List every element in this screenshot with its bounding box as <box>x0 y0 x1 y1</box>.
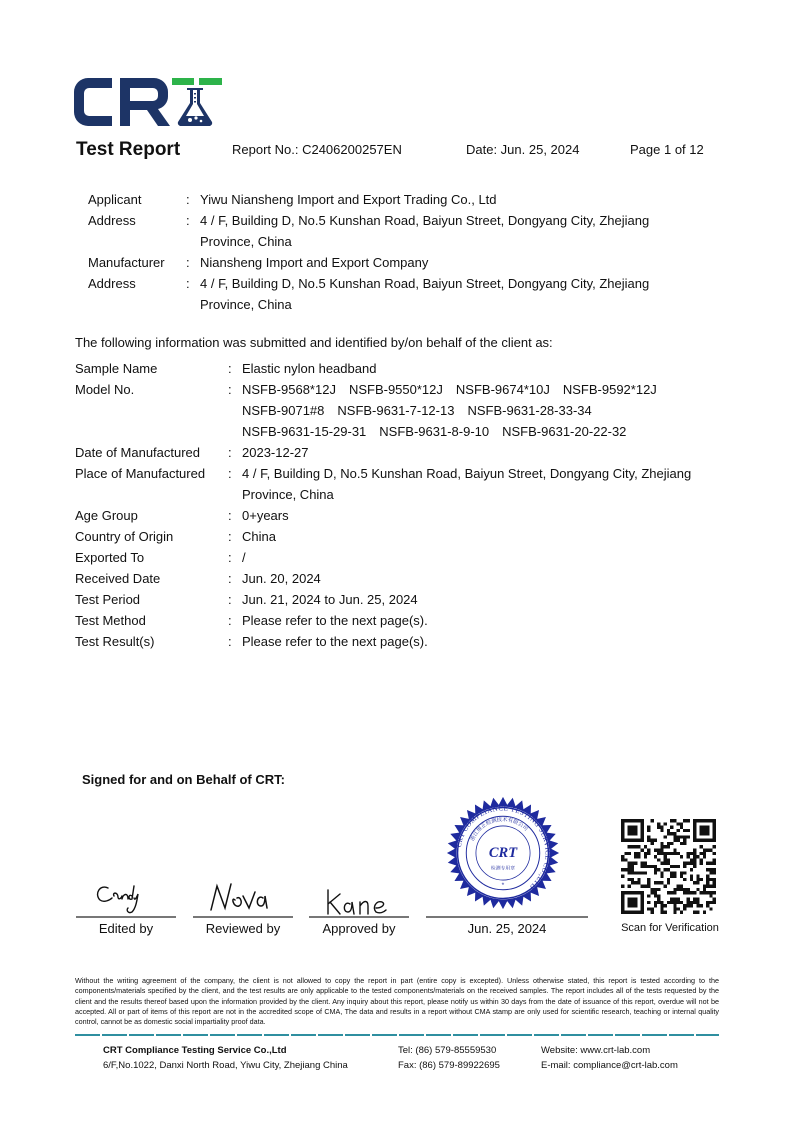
field-value: Elastic nylon headband <box>242 358 722 379</box>
report-number: Report No.: C2406200257EN <box>232 142 402 157</box>
signed-heading: Signed for and on Behalf of CRT: <box>82 772 285 787</box>
model-number: NSFB-9592*12J <box>563 379 657 400</box>
footer-company: CRT Compliance Testing Service Co.,Ltd 6… <box>103 1043 348 1073</box>
colon: : <box>186 252 200 273</box>
svg-text:检测专用章: 检测专用章 <box>491 864 515 871</box>
colon: : <box>228 526 242 547</box>
applicant-row: Applicant : Yiwu Niansheng Import and Ex… <box>88 189 680 210</box>
edited-by-line <box>76 916 176 918</box>
approved-by-label: Approved by <box>309 921 409 936</box>
company-name: CRT Compliance Testing Service Co.,Ltd <box>103 1043 348 1058</box>
intro-text: The following information was submitted … <box>75 335 553 350</box>
sample-field-row: Place of Manufactured:4 / F, Building D,… <box>75 463 722 505</box>
colon: : <box>228 379 242 442</box>
field-value: Niansheng Import and Export Company <box>200 252 680 273</box>
manufacturer-row: Manufacturer : Niansheng Import and Expo… <box>88 252 680 273</box>
model-number: NSFB-9071#8 <box>242 400 324 421</box>
report-header: Test Report Report No.: C2406200257EN Da… <box>76 139 716 161</box>
field-label: Test Method <box>75 610 228 631</box>
footer-contact: Tel: (86) 579-85559530 Fax: (86) 579-899… <box>398 1043 500 1073</box>
sample-field-row: Received Date:Jun. 20, 2024 <box>75 568 722 589</box>
sample-field-row: Test Result(s):Please refer to the next … <box>75 631 722 652</box>
field-value: Please refer to the next page(s). <box>242 610 722 631</box>
model-no-row: Model No. : NSFB-9568*12JNSFB-9550*12JNS… <box>75 379 722 442</box>
sample-field-row: Date of Manufactured:2023-12-27 <box>75 442 722 463</box>
applicant-address-row: Address : 4 / F, Building D, No.5 Kunsha… <box>88 210 680 252</box>
field-label: Place of Manufactured <box>75 463 228 505</box>
colon: : <box>228 463 242 505</box>
sample-field-row: Exported To:/ <box>75 547 722 568</box>
sample-field-row: Test Period:Jun. 21, 2024 to Jun. 25, 20… <box>75 589 722 610</box>
reviewed-by-line <box>193 916 293 918</box>
signature-kane <box>320 868 420 918</box>
model-number: NSFB-9631-8-9-10 <box>379 421 489 442</box>
field-label: Address <box>88 210 186 252</box>
field-label: Test Result(s) <box>75 631 228 652</box>
field-value: China <box>242 526 722 547</box>
footer-divider <box>75 1034 719 1036</box>
field-value: / <box>242 547 722 568</box>
colon: : <box>228 358 242 379</box>
colon: : <box>228 631 242 652</box>
colon: : <box>186 189 200 210</box>
model-list: NSFB-9568*12JNSFB-9550*12JNSFB-9674*10JN… <box>242 379 722 442</box>
crt-logo <box>72 76 224 128</box>
signature-candy <box>88 868 188 918</box>
sample-field-row: Age Group:0+years <box>75 505 722 526</box>
field-label: Test Period <box>75 589 228 610</box>
field-value: 4 / F, Building D, No.5 Kunshan Road, Ba… <box>242 463 722 505</box>
field-label: Age Group <box>75 505 228 526</box>
field-label: Date of Manufactured <box>75 442 228 463</box>
field-label: Exported To <box>75 547 228 568</box>
field-label: Address <box>88 273 186 315</box>
field-label: Model No. <box>75 379 228 442</box>
field-label: Applicant <box>88 189 186 210</box>
field-label: Received Date <box>75 568 228 589</box>
email-link[interactable]: E-mail: compliance@crt-lab.com <box>541 1058 678 1073</box>
stamp-date: Jun. 25, 2024 <box>426 921 588 936</box>
company-address: 6/F,No.1022, Danxi North Road, Yiwu City… <box>103 1058 348 1073</box>
field-value: 4 / F, Building D, No.5 Kunshan Road, Ba… <box>200 210 680 252</box>
disclaimer-text: Without the writing agreement of the com… <box>75 976 719 1027</box>
fax: Fax: (86) 579-89922695 <box>398 1058 500 1073</box>
applicant-info: Applicant : Yiwu Niansheng Import and Ex… <box>88 189 680 315</box>
company-seal-stamp: CRT COMPLIANCE TESTING SERVICE CO.,LTD 浙… <box>445 795 561 911</box>
svg-text:*: * <box>502 882 505 889</box>
page-number: Page 1 of 12 <box>630 142 704 157</box>
edited-by-label: Edited by <box>76 921 176 936</box>
model-number: NSFB-9631-7-12-13 <box>337 400 454 421</box>
manufacturer-address-row: Address : 4 / F, Building D, No.5 Kunsha… <box>88 273 680 315</box>
colon: : <box>228 610 242 631</box>
model-number: NSFB-9631-20-22-32 <box>502 421 626 442</box>
field-label: Manufacturer <box>88 252 186 273</box>
field-value: 2023-12-27 <box>242 442 722 463</box>
field-label: Country of Origin <box>75 526 228 547</box>
model-number: NSFB-9550*12J <box>349 379 443 400</box>
sample-name-row: Sample Name : Elastic nylon headband <box>75 358 722 379</box>
sample-field-row: Test Method:Please refer to the next pag… <box>75 610 722 631</box>
footer-web: Website: www.crt-lab.com E-mail: complia… <box>541 1043 678 1073</box>
qr-label: Scan for Verification <box>600 922 740 934</box>
model-number: NSFB-9568*12J <box>242 379 336 400</box>
colon: : <box>186 210 200 252</box>
verification-qr-code[interactable] <box>621 819 716 914</box>
signature-nova <box>203 868 303 918</box>
website-link[interactable]: Website: www.crt-lab.com <box>541 1043 678 1058</box>
document-title: Test Report <box>76 139 180 161</box>
stamp-date-line <box>426 916 588 918</box>
report-date: Date: Jun. 25, 2024 <box>466 142 579 157</box>
field-value: Yiwu Niansheng Import and Export Trading… <box>200 189 680 210</box>
colon: : <box>228 547 242 568</box>
colon: : <box>228 589 242 610</box>
field-value: Jun. 21, 2024 to Jun. 25, 2024 <box>242 589 722 610</box>
colon: : <box>228 505 242 526</box>
colon: : <box>228 442 242 463</box>
field-value: 0+years <box>242 505 722 526</box>
model-number: NSFB-9631-28-33-34 <box>467 400 591 421</box>
colon: : <box>228 568 242 589</box>
model-number: NSFB-9674*10J <box>456 379 550 400</box>
colon: : <box>186 273 200 315</box>
field-value: Please refer to the next page(s). <box>242 631 722 652</box>
telephone: Tel: (86) 579-85559530 <box>398 1043 500 1058</box>
field-value: 4 / F, Building D, No.5 Kunshan Road, Ba… <box>200 273 680 315</box>
approved-by-line <box>309 916 409 918</box>
reviewed-by-label: Reviewed by <box>193 921 293 936</box>
svg-text:CRT: CRT <box>489 845 518 861</box>
sample-info: Sample Name : Elastic nylon headband Mod… <box>75 358 722 652</box>
field-label: Sample Name <box>75 358 228 379</box>
field-value: Jun. 20, 2024 <box>242 568 722 589</box>
sample-field-row: Country of Origin:China <box>75 526 722 547</box>
model-number: NSFB-9631-15-29-31 <box>242 421 366 442</box>
